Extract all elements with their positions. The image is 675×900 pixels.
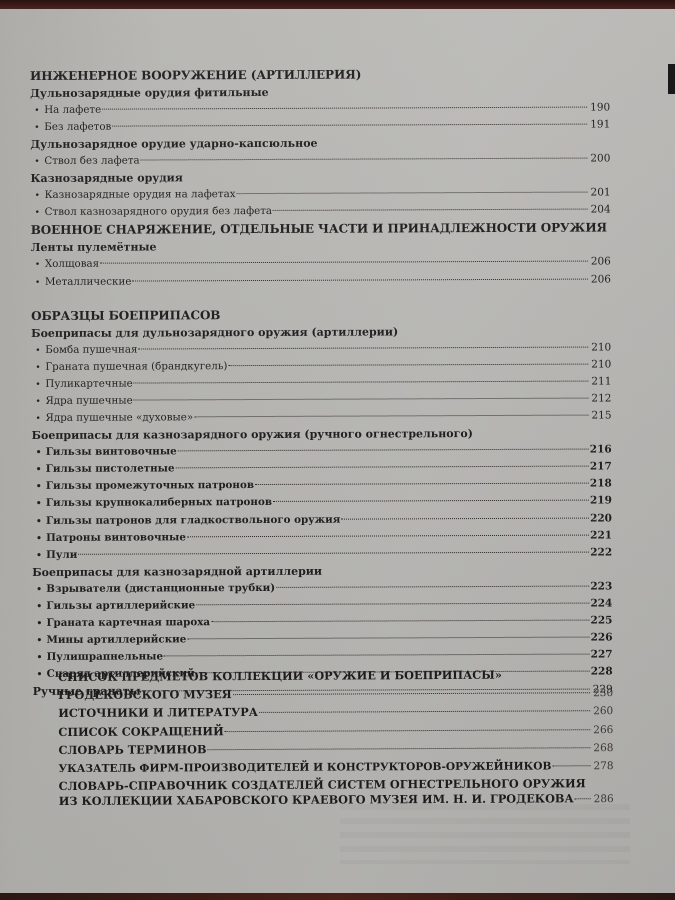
bullet-icon: • <box>35 274 45 290</box>
bullet-icon: • <box>36 479 46 495</box>
dot-leader <box>134 379 589 383</box>
bullet-icon: • <box>36 462 46 478</box>
table-edge-bottom <box>0 893 675 900</box>
appendix-list: СПИСОК ПРЕДМЕТОВ КОЛЛЕКЦИИ «ОРУЖИЕ И БОЕ… <box>58 666 614 809</box>
page-number: 221 <box>590 527 612 543</box>
page-number: 224 <box>590 595 612 611</box>
dot-leader <box>207 747 590 751</box>
bullet-icon: • <box>35 257 45 273</box>
dot-leader <box>259 709 590 713</box>
dot-leader <box>176 465 589 469</box>
page-number: 201 <box>589 185 611 201</box>
dot-leader <box>134 397 589 401</box>
dot-leader <box>132 277 588 281</box>
dot-leader <box>255 482 589 485</box>
dot-leader <box>273 208 588 211</box>
bullet-icon: • <box>35 205 45 221</box>
bleed-through-text <box>340 804 630 864</box>
dot-leader <box>341 516 589 519</box>
dot-leader <box>100 260 588 264</box>
page-number: 218 <box>590 476 612 492</box>
page-number: 212 <box>589 390 611 406</box>
bullet-icon: • <box>35 360 45 376</box>
page-number: 210 <box>589 356 611 372</box>
dot-leader <box>575 797 591 799</box>
page-number: 216 <box>590 442 612 458</box>
bullet-icon: • <box>35 343 45 359</box>
bullet-icon: • <box>36 599 46 615</box>
page-number: 226 <box>590 630 612 646</box>
bullet-icon: • <box>35 188 45 204</box>
bullet-icon: • <box>36 445 46 461</box>
page-number: 211 <box>589 373 611 389</box>
page-number: 204 <box>589 202 611 218</box>
page-number: 206 <box>589 271 611 287</box>
dot-leader <box>276 584 589 587</box>
page-number: 266 <box>591 722 613 740</box>
bullet-icon: • <box>35 394 45 410</box>
dot-leader <box>112 123 587 127</box>
bullet-icon: • <box>35 377 45 393</box>
dot-leader <box>273 499 589 502</box>
bullet-icon: • <box>34 103 44 119</box>
dot-leader <box>228 362 588 366</box>
bullet-icon: • <box>36 582 46 598</box>
dot-leader <box>178 448 589 452</box>
dot-leader <box>237 191 588 195</box>
bullet-icon: • <box>36 548 46 564</box>
dot-leader <box>102 106 587 110</box>
bullet-icon: • <box>36 496 46 512</box>
page-number: 190 <box>588 99 610 115</box>
page-number: 222 <box>590 544 612 560</box>
page-number: 200 <box>588 151 610 167</box>
dot-leader <box>552 764 590 766</box>
dot-leader <box>225 728 591 732</box>
page-number: 206 <box>589 254 611 270</box>
dot-leader <box>187 636 589 640</box>
page-number: 225 <box>590 612 612 628</box>
thumb-index-tab <box>668 64 675 94</box>
bullet-icon: • <box>37 650 47 666</box>
dot-leader <box>194 414 588 418</box>
bullet-icon: • <box>34 154 44 170</box>
dot-leader <box>164 653 590 657</box>
dot-leader <box>233 691 590 695</box>
bullet-icon: • <box>37 667 47 683</box>
page-number: 223 <box>590 578 612 594</box>
dot-leader <box>187 533 589 537</box>
bullet-icon: • <box>36 513 46 529</box>
page-number: 230 <box>591 685 613 703</box>
page-number: 219 <box>590 493 612 509</box>
page-number: 217 <box>590 459 612 475</box>
page-number: 268 <box>591 740 613 758</box>
dot-leader <box>141 157 588 161</box>
table-of-contents: ИНЖЕНЕРНОЕ ВООРУЖЕНИЕ (АРТИЛЛЕРИЯ) Дульн… <box>30 64 613 701</box>
book-page: ИНЖЕНЕРНОЕ ВООРУЖЕНИЕ (АРТИЛЛЕРИЯ) Дульн… <box>0 9 675 894</box>
bullet-icon: • <box>34 120 44 136</box>
page-number: 220 <box>590 510 612 526</box>
page-number: 210 <box>589 339 611 355</box>
page-number: 227 <box>591 647 613 663</box>
toc-entry[interactable]: •Металлические206 <box>31 271 611 291</box>
bullet-icon: • <box>36 616 46 632</box>
bullet-icon: • <box>36 411 46 427</box>
bullet-icon: • <box>36 531 46 547</box>
page-number: 191 <box>588 117 610 133</box>
page-number: 215 <box>589 407 611 423</box>
dot-leader <box>139 345 589 349</box>
dot-leader <box>196 601 589 605</box>
bullet-icon: • <box>36 633 46 649</box>
dot-leader <box>78 550 589 554</box>
dot-leader <box>211 619 589 623</box>
page-number: 260 <box>591 703 613 721</box>
page-number: 278 <box>591 758 613 776</box>
